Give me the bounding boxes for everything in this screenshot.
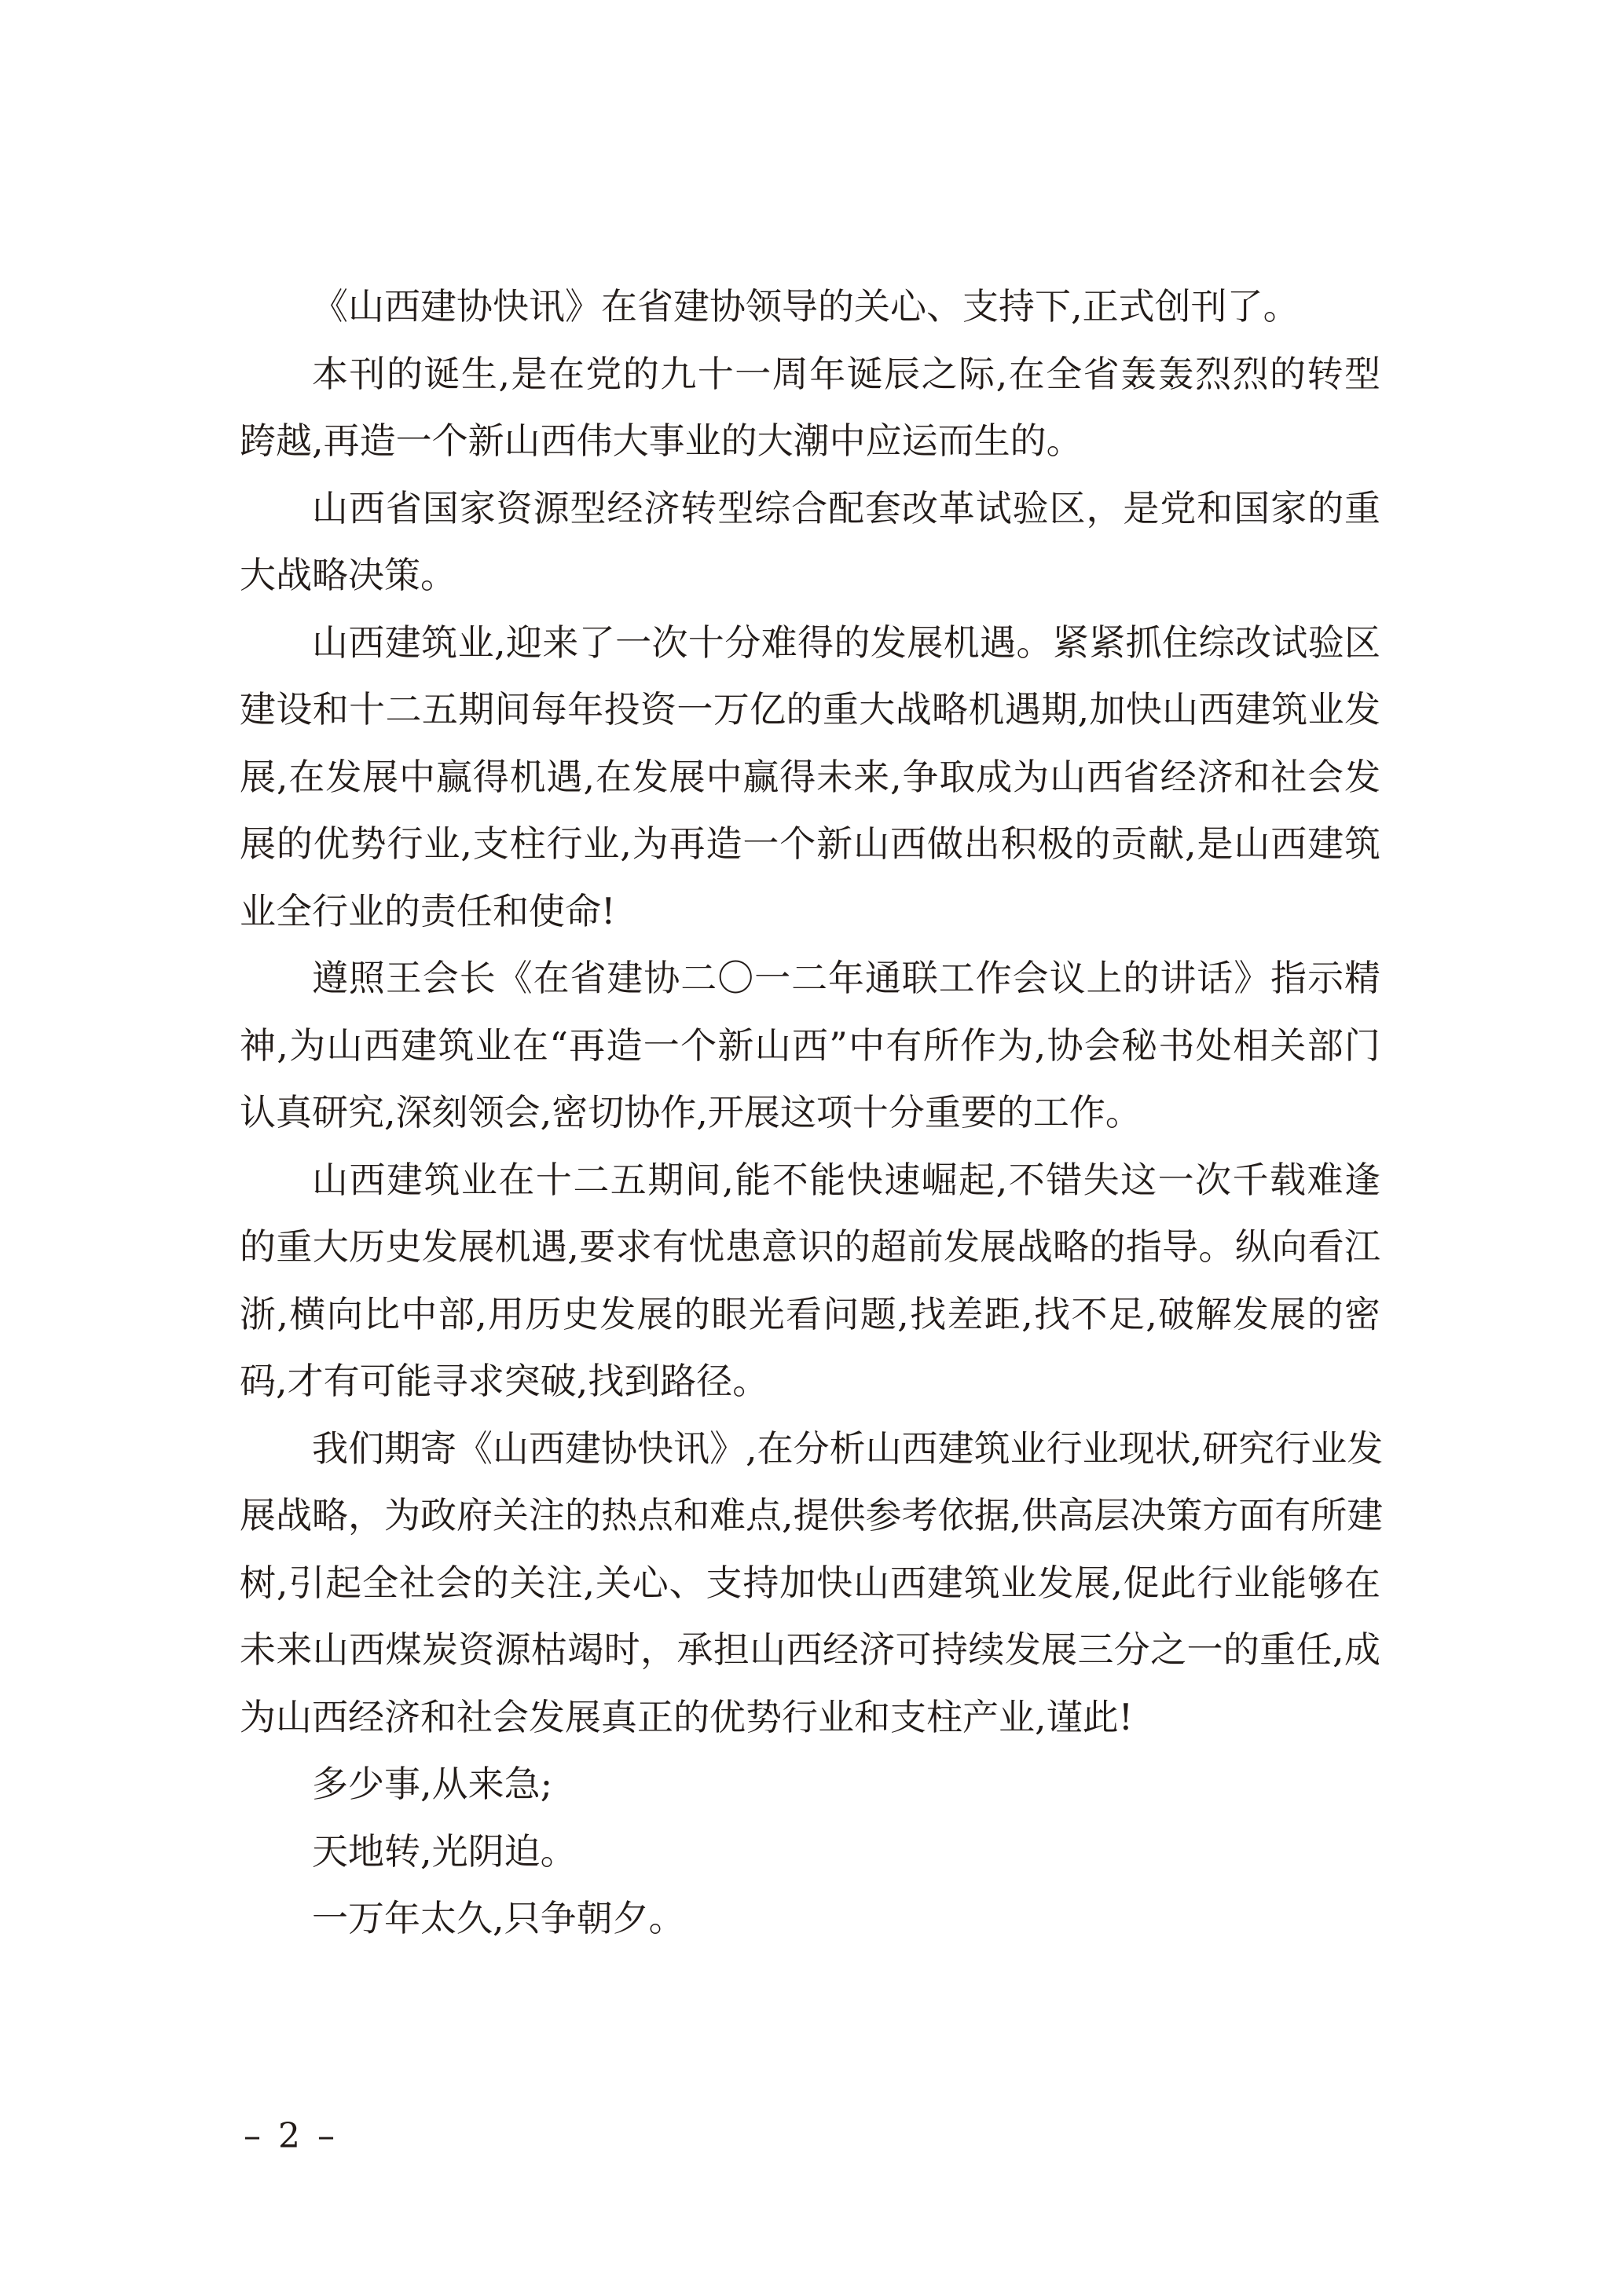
text-line: 多少事,从来急;: [240, 1751, 1380, 1818]
text-line: 本刊的诞生,是在党的九十一周年诞辰之际,在全省轰轰烈烈的转型: [240, 341, 1380, 408]
text-line: 认真研究,深刻领会,密切协作,开展这项十分重要的工作。: [240, 1079, 1380, 1147]
text-line: 建设和十二五期间每年投资一万亿的重大战略机遇期,加快山西建筑业发: [240, 676, 1380, 744]
text-line: 的重大历史发展机遇,要求有忧患意识的超前发展战略的指导。纵向看江: [240, 1214, 1380, 1281]
text-line: 山西建筑业在十二五期间,能不能快速崛起,不错失这一次千载难逢: [240, 1147, 1380, 1214]
text-line: 跨越,再造一个新山西伟大事业的大潮中应运而生的。: [240, 408, 1380, 475]
text-line: 神,为山西建筑业在“再造一个新山西”中有所作为,协会秘书处相关部门: [240, 1013, 1380, 1080]
page-number: – 2 –: [244, 2116, 338, 2156]
document-body: 《山西建协快讯》在省建协领导的关心、支持下,正式创刊了。本刊的诞生,是在党的九十…: [240, 273, 1380, 1953]
text-line: 展,在发展中赢得机遇,在发展中赢得未来,争取成为山西省经济和社会发: [240, 744, 1380, 811]
text-line: 展的优势行业,支柱行业,为再造一个新山西做出积极的贡献,是山西建筑: [240, 811, 1380, 878]
text-line: 码,才有可能寻求突破,找到路径。: [240, 1348, 1380, 1415]
text-line: 山西省国家资源型经济转型综合配套改革试验区，是党和国家的重: [240, 475, 1380, 543]
text-line: 大战略决策。: [240, 542, 1380, 610]
text-line: 天地转,光阴迫。: [240, 1818, 1380, 1886]
text-line: 为山西经济和社会发展真正的优势行业和支柱产业,谨此!: [240, 1684, 1380, 1752]
text-line: 树,引起全社会的关注,关心、支持加快山西建筑业发展,促此行业能够在: [240, 1550, 1380, 1617]
document-page: 《山西建协快讯》在省建协领导的关心、支持下,正式创刊了。本刊的诞生,是在党的九十…: [0, 0, 1624, 2296]
text-line: 遵照王会长《在省建协二〇一二年通联工作会议上的讲话》指示精: [240, 945, 1380, 1013]
text-line: 业全行业的责任和使命!: [240, 878, 1380, 946]
text-line: 山西建筑业,迎来了一次十分难得的发展机遇。紧紧抓住综改试验区: [240, 610, 1380, 677]
text-line: 一万年太久,只争朝夕。: [240, 1885, 1380, 1953]
text-line: 展战略，为政府关注的热点和难点,提供参考依据,供高层决策方面有所建: [240, 1482, 1380, 1550]
text-line: 《山西建协快讯》在省建协领导的关心、支持下,正式创刊了。: [240, 273, 1380, 341]
text-line: 未来山西煤炭资源枯竭时，承担山西经济可持续发展三分之一的重任,成: [240, 1617, 1380, 1684]
text-line: 我们期寄《山西建协快讯》,在分析山西建筑业行业现状,研究行业发: [240, 1415, 1380, 1483]
text-line: 浙,横向比中部,用历史发展的眼光看问题,找差距,找不足,破解发展的密: [240, 1281, 1380, 1349]
